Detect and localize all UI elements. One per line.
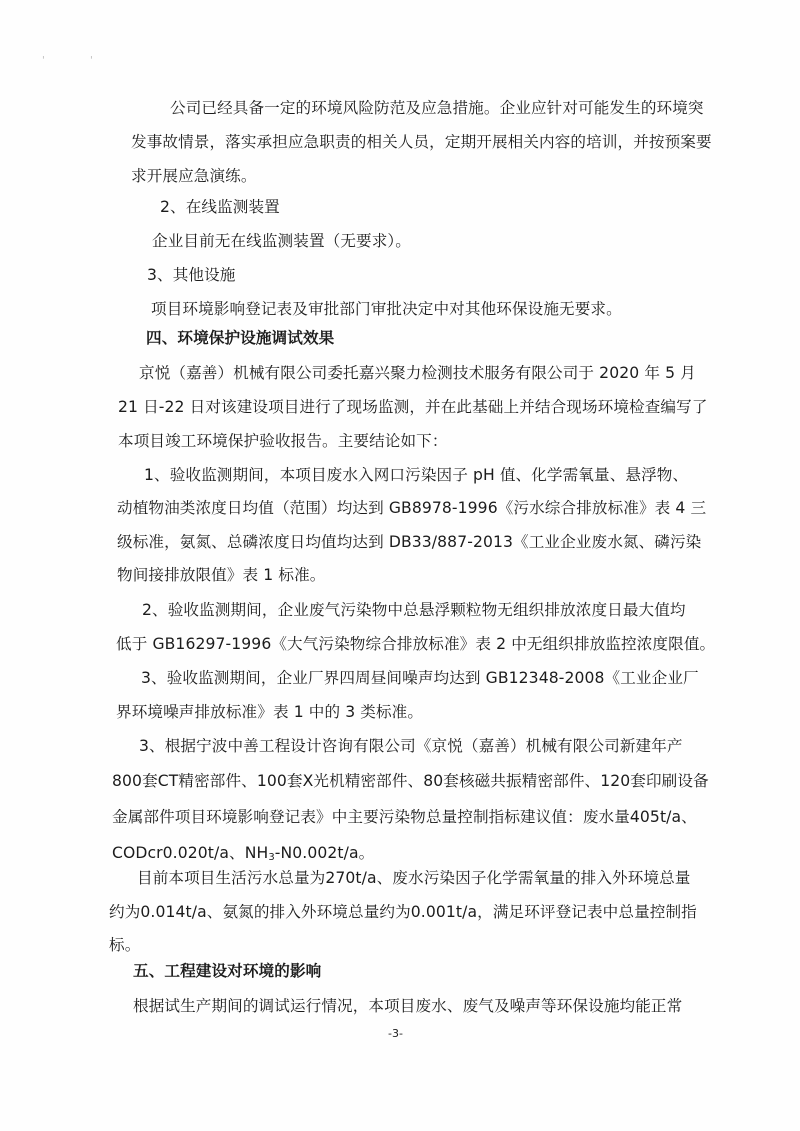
conclusion-line: 动植物油类浓度日均值（范围）均达到 GB8978-1996《污水综合排放标准》表… <box>117 497 706 519</box>
paragraph-line: 标。 <box>109 934 140 956</box>
conclusion-line: 3、根据宁波中善工程设计咨询有限公司《京悦（嘉善）机械有限公司新建年产 <box>139 735 683 757</box>
paragraph-line: 公司已经具备一定的环境风险防范及应急措施。企业应针对可能发生的环境突 <box>170 97 704 119</box>
paragraph-line: 求开展应急演练。 <box>131 165 257 187</box>
conclusion-line: 界环境噪声排放标准》表 1 中的 3 类标准。 <box>116 701 423 723</box>
conclusion-line: 物间接排放限值》表 1 标准。 <box>117 564 325 586</box>
subsection-heading: 3、其他设施 <box>147 264 236 286</box>
conclusion-line: 1、验收监测期间，本项目废水入网口污染因子 pH 值、化学需氧量、悬浮物、 <box>144 464 688 486</box>
paragraph-line: 项目环境影响登记表及审批部门审批决定中对其他环保设施无要求。 <box>151 298 622 320</box>
conclusion-line: 2、验收监测期间，企业废气污染物中总悬浮颗粒物无组织排放浓度日最大值均 <box>142 599 686 621</box>
paragraph-line: 京悦（嘉善）机械有限公司委托嘉兴聚力检测技术服务有限公司于 2020 年 5 月 <box>139 362 696 384</box>
formula-suffix: -N0.002t/a。 <box>275 844 375 862</box>
conclusion-line: 3、验收监测期间，企业厂界四周昼间噪声均达到 GB12348-2008《工业企业… <box>141 667 699 689</box>
document-page: ' ' 公司已经具备一定的环境风险防范及应急措施。企业应针对可能发生的环境突 发… <box>0 0 800 1131</box>
paragraph-line: 目前本项目生活污水总量为270t/a、废水污染因子化学需氧量的排入外环境总量 <box>137 867 691 889</box>
paragraph-line: 约为0.014t/a、氨氮的排入外环境总量约为0.001t/a，满足环评登记表中… <box>109 901 697 923</box>
conclusion-line: 低于 GB16297-1996《大气污染物综合排放标准》表 2 中无组织排放监控… <box>116 633 715 655</box>
scan-artifact: ' <box>90 55 93 66</box>
section-heading: 五、工程建设对环境的影响 <box>133 960 321 982</box>
paragraph-line: 本项目竣工环境保护验收报告。主要结论如下： <box>118 430 448 452</box>
conclusion-line: 级标准，氨氮、总磷浓度日均值均达到 DB33/887-2013《工业企业废水氮、… <box>117 531 701 553</box>
subsection-heading: 2、在线监测装置 <box>160 196 280 218</box>
formula-prefix: CODcr0.020t/a、NH <box>112 844 268 862</box>
section-heading: 四、环境保护设施调试效果 <box>146 327 334 349</box>
formula-line: CODcr0.020t/a、NH3-N0.002t/a。 <box>112 842 374 869</box>
paragraph-line: 根据试生产期间的调试运行情况，本项目废水、废气及噪声等环保设施均能正常 <box>133 995 682 1017</box>
page-number: -3- <box>388 1027 403 1040</box>
paragraph-line: 21 日-22 日对该建设项目进行了现场监测，并在此基础上并结合现场环境检查编写… <box>118 396 708 418</box>
conclusion-line: 金属部件项目环境影响登记表》中主要污染物总量控制指标建议值：废水量405t/a、 <box>112 806 697 828</box>
conclusion-line: 800套CT精密部件、100套X光机精密部件、80套核磁共振精密部件、120套印… <box>112 770 709 792</box>
paragraph-line: 企业目前无在线监测装置（无要求）。 <box>152 230 411 252</box>
paragraph-line: 发事故情景，落实承担应急职责的相关人员，定期开展相关内容的培训，并按预案要 <box>131 131 712 153</box>
scan-artifact: ' <box>42 55 45 66</box>
